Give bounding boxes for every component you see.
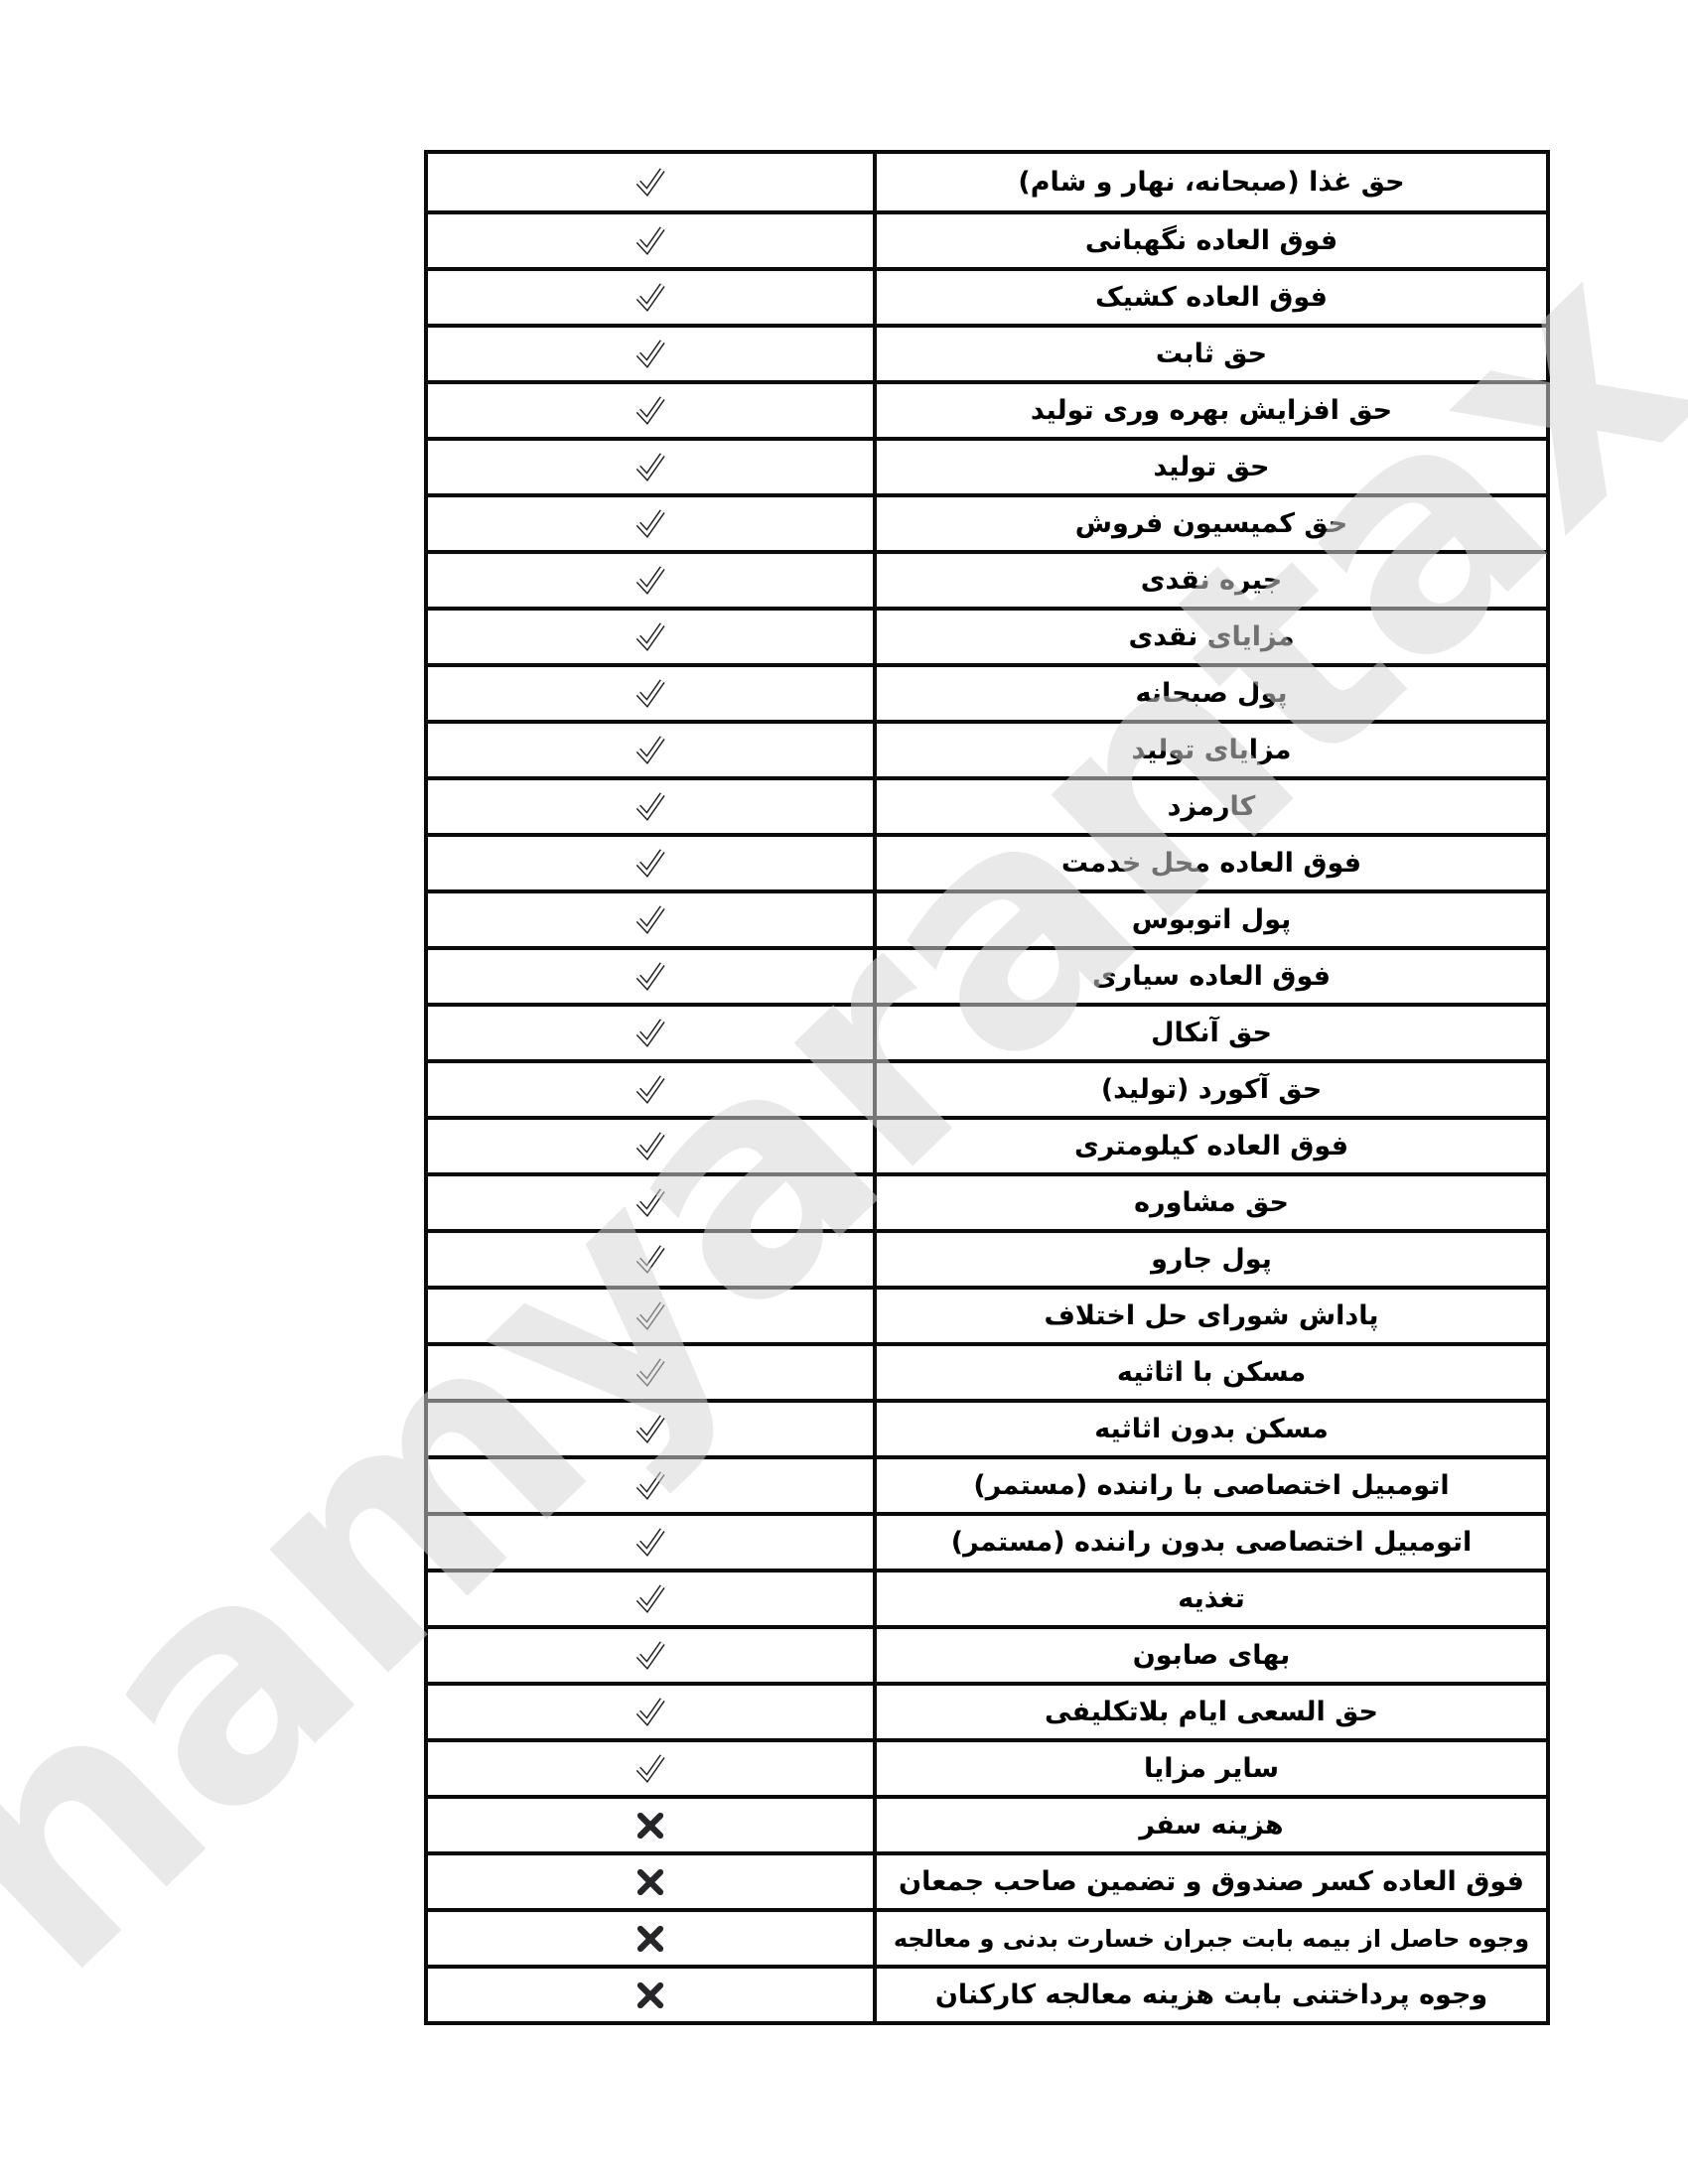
- table-row: پول صبحانه: [428, 663, 1546, 720]
- row-label: حق السعی ایام بلاتکلیفی: [877, 1686, 1546, 1738]
- mark-cell: [428, 384, 877, 437]
- check-icon: [633, 508, 668, 539]
- row-label: مزایای نقدی: [877, 611, 1546, 663]
- row-label: حق غذا (صبحانه، نهار و شام): [877, 154, 1546, 210]
- table-row: مسکن با اثاثیه: [428, 1342, 1546, 1399]
- table-row: حق افزایش بهره وری تولید: [428, 380, 1546, 437]
- table-row: بهای صابون: [428, 1625, 1546, 1682]
- table-row: فوق العاده کشیک: [428, 267, 1546, 324]
- row-label: پول صبحانه: [877, 667, 1546, 720]
- check-icon: [633, 791, 668, 822]
- mark-cell: [428, 1176, 877, 1229]
- row-label: حق کمیسیون فروش: [877, 497, 1546, 550]
- table-row: سایر مزایا: [428, 1738, 1546, 1795]
- row-label: کارمزد: [877, 780, 1546, 833]
- cross-icon: [635, 1924, 665, 1954]
- table-row: حق آنکال: [428, 1003, 1546, 1059]
- mark-cell: [428, 497, 877, 550]
- document-page: حق غذا (صبحانه، نهار و شام)فوق العاده نگ…: [0, 0, 1688, 2184]
- mark-cell: [428, 1403, 877, 1455]
- check-icon: [633, 1640, 668, 1671]
- check-icon: [633, 565, 668, 596]
- check-icon: [633, 848, 668, 879]
- mark-cell: [428, 328, 877, 380]
- table-row: حق مشاوره: [428, 1172, 1546, 1229]
- row-label: هزینه سفر: [877, 1799, 1546, 1851]
- check-icon: [633, 452, 668, 482]
- table-row: فوق العاده کیلومتری: [428, 1116, 1546, 1172]
- mark-cell: [428, 554, 877, 607]
- row-label: مسکن با اثاثیه: [877, 1346, 1546, 1399]
- table-row: مزایای تولید: [428, 720, 1546, 776]
- row-label: فوق العاده نگهبانی: [877, 214, 1546, 267]
- row-label: فوق العاده سیاری: [877, 950, 1546, 1003]
- table-row: پاداش شورای حل اختلاف: [428, 1286, 1546, 1342]
- table-row: اتومبیل اختصاصی با راننده (مستمر): [428, 1455, 1546, 1512]
- check-icon: [633, 1018, 668, 1048]
- table-row: جیره نقدی: [428, 550, 1546, 607]
- row-label: بهای صابون: [877, 1629, 1546, 1682]
- check-icon: [633, 225, 668, 256]
- table-row: فوق العاده نگهبانی: [428, 210, 1546, 267]
- table-row: حق کمیسیون فروش: [428, 493, 1546, 550]
- row-label: وجوه حاصل از بیمه بابت جبران خسارت بدنی …: [877, 1912, 1546, 1965]
- row-label: اتومبیل اختصاصی با راننده (مستمر): [877, 1459, 1546, 1512]
- mark-cell: [428, 1572, 877, 1625]
- check-icon: [633, 1527, 668, 1558]
- check-icon: [633, 1753, 668, 1784]
- mark-cell: [428, 1686, 877, 1738]
- check-icon: [633, 339, 668, 369]
- check-icon: [633, 961, 668, 992]
- mark-cell: [428, 154, 877, 210]
- mark-cell: [428, 1007, 877, 1059]
- row-label: تغذیه: [877, 1572, 1546, 1625]
- mark-cell: [428, 950, 877, 1003]
- table-row: فوق العاده کسر صندوق و تضمین صاحب جمعان: [428, 1851, 1546, 1908]
- row-label: حق ثابت: [877, 328, 1546, 380]
- check-icon: [633, 735, 668, 765]
- row-label: فوق العاده کشیک: [877, 271, 1546, 324]
- check-icon: [633, 1583, 668, 1614]
- row-label: پول اتوبوس: [877, 893, 1546, 946]
- table-row: فوق العاده سیاری: [428, 946, 1546, 1003]
- mark-cell: [428, 1459, 877, 1512]
- cross-icon: [635, 1867, 665, 1897]
- table-row: پول اتوبوس: [428, 889, 1546, 946]
- row-label: پول جارو: [877, 1233, 1546, 1286]
- row-label: مسکن بدون اثاثیه: [877, 1403, 1546, 1455]
- row-label: حق آکورد (تولید): [877, 1063, 1546, 1116]
- row-label: حق آنکال: [877, 1007, 1546, 1059]
- table-row: هزینه سفر: [428, 1795, 1546, 1851]
- mark-cell: [428, 1742, 877, 1795]
- mark-cell: [428, 1855, 877, 1908]
- mark-cell: [428, 1629, 877, 1682]
- check-icon: [633, 678, 668, 709]
- table-row: تغذیه: [428, 1569, 1546, 1625]
- row-label: حق تولید: [877, 441, 1546, 493]
- check-icon: [633, 1074, 668, 1105]
- row-label: وجوه پرداختنی بابت هزینه معالجه کارکنان: [877, 1969, 1546, 2021]
- mark-cell: [428, 611, 877, 663]
- mark-cell: [428, 780, 877, 833]
- mark-cell: [428, 1912, 877, 1965]
- check-icon: [633, 1131, 668, 1161]
- mark-cell: [428, 1969, 877, 2021]
- row-label: پاداش شورای حل اختلاف: [877, 1290, 1546, 1342]
- table-row: مسکن بدون اثاثیه: [428, 1399, 1546, 1455]
- benefits-table: حق غذا (صبحانه، نهار و شام)فوق العاده نگ…: [424, 150, 1550, 2025]
- check-icon: [633, 1414, 668, 1444]
- check-icon: [633, 904, 668, 935]
- table-row: فوق العاده محل خدمت: [428, 833, 1546, 889]
- table-row: مزایای نقدی: [428, 607, 1546, 663]
- table-row: وجوه حاصل از بیمه بابت جبران خسارت بدنی …: [428, 1908, 1546, 1965]
- table-row: پول جارو: [428, 1229, 1546, 1286]
- table-row: وجوه پرداختنی بابت هزینه معالجه کارکنان: [428, 1965, 1546, 2021]
- row-label: جیره نقدی: [877, 554, 1546, 607]
- row-label: فوق العاده کسر صندوق و تضمین صاحب جمعان: [877, 1855, 1546, 1908]
- mark-cell: [428, 1120, 877, 1172]
- check-icon: [633, 621, 668, 652]
- check-icon: [633, 1300, 668, 1331]
- mark-cell: [428, 1799, 877, 1851]
- table-row: اتومبیل اختصاصی بدون راننده (مستمر): [428, 1512, 1546, 1569]
- row-label: حق مشاوره: [877, 1176, 1546, 1229]
- mark-cell: [428, 837, 877, 889]
- mark-cell: [428, 1233, 877, 1286]
- cross-icon: [635, 1811, 665, 1841]
- table-row: کارمزد: [428, 776, 1546, 833]
- check-icon: [633, 1470, 668, 1501]
- mark-cell: [428, 1290, 877, 1342]
- check-icon: [633, 282, 668, 313]
- row-label: حق افزایش بهره وری تولید: [877, 384, 1546, 437]
- table-row: حق السعی ایام بلاتکلیفی: [428, 1682, 1546, 1738]
- row-label: مزایای تولید: [877, 724, 1546, 776]
- mark-cell: [428, 893, 877, 946]
- table-row: حق غذا (صبحانه، نهار و شام): [428, 154, 1546, 210]
- mark-cell: [428, 1346, 877, 1399]
- table-row: حق تولید: [428, 437, 1546, 493]
- mark-cell: [428, 441, 877, 493]
- table-row: حق ثابت: [428, 324, 1546, 380]
- check-icon: [633, 1244, 668, 1275]
- mark-cell: [428, 1063, 877, 1116]
- row-label: فوق العاده محل خدمت: [877, 837, 1546, 889]
- row-label: فوق العاده کیلومتری: [877, 1120, 1546, 1172]
- row-label: سایر مزایا: [877, 1742, 1546, 1795]
- mark-cell: [428, 214, 877, 267]
- check-icon: [633, 395, 668, 426]
- check-icon: [633, 167, 668, 198]
- check-icon: [633, 1187, 668, 1218]
- table-row: حق آکورد (تولید): [428, 1059, 1546, 1116]
- mark-cell: [428, 724, 877, 776]
- cross-icon: [635, 1980, 665, 2010]
- check-icon: [633, 1357, 668, 1388]
- mark-cell: [428, 271, 877, 324]
- mark-cell: [428, 1516, 877, 1569]
- check-icon: [633, 1697, 668, 1727]
- mark-cell: [428, 667, 877, 720]
- row-label: اتومبیل اختصاصی بدون راننده (مستمر): [877, 1516, 1546, 1569]
